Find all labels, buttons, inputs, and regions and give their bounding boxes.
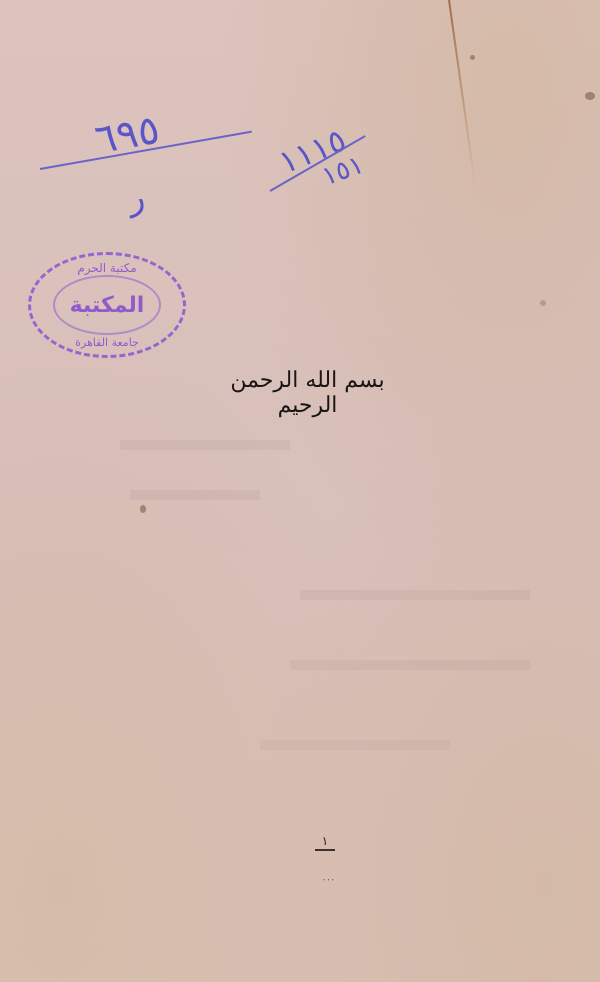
stain (140, 505, 146, 513)
bleed-through-text (260, 740, 450, 750)
catalog-sub: ر (125, 177, 148, 219)
stamp-bottom-text: جامعة القاهرة (31, 336, 183, 349)
catalog-number: ٦٩٥ (91, 107, 162, 163)
page-footer-mark: ٠٠٠ (322, 875, 335, 884)
stain (470, 55, 475, 60)
stamp-center-text: المكتبة (70, 293, 145, 318)
stain (585, 92, 595, 100)
bleed-through-text (300, 590, 530, 600)
paper-crease (448, 0, 476, 188)
stain (540, 300, 546, 306)
page-number-mark: ١ ٠٠٠ (310, 835, 340, 853)
library-stamp: مكتبة الحرم المكتبة جامعة القاهرة (28, 252, 186, 358)
stamp-top-text: مكتبة الحرم (31, 261, 183, 275)
bleed-through-text (130, 490, 260, 500)
bleed-through-text (120, 440, 290, 450)
basmala-heading: بسم الله الرحمن الرحيم (200, 368, 415, 418)
manuscript-page: ٦٩٥ ر ١١١٥ ١٥١ مكتبة الحرم المكتبة جامعة… (0, 0, 600, 982)
page-number: ١ (310, 835, 340, 847)
page-number-bar (315, 849, 335, 851)
bleed-through-text (290, 660, 530, 670)
